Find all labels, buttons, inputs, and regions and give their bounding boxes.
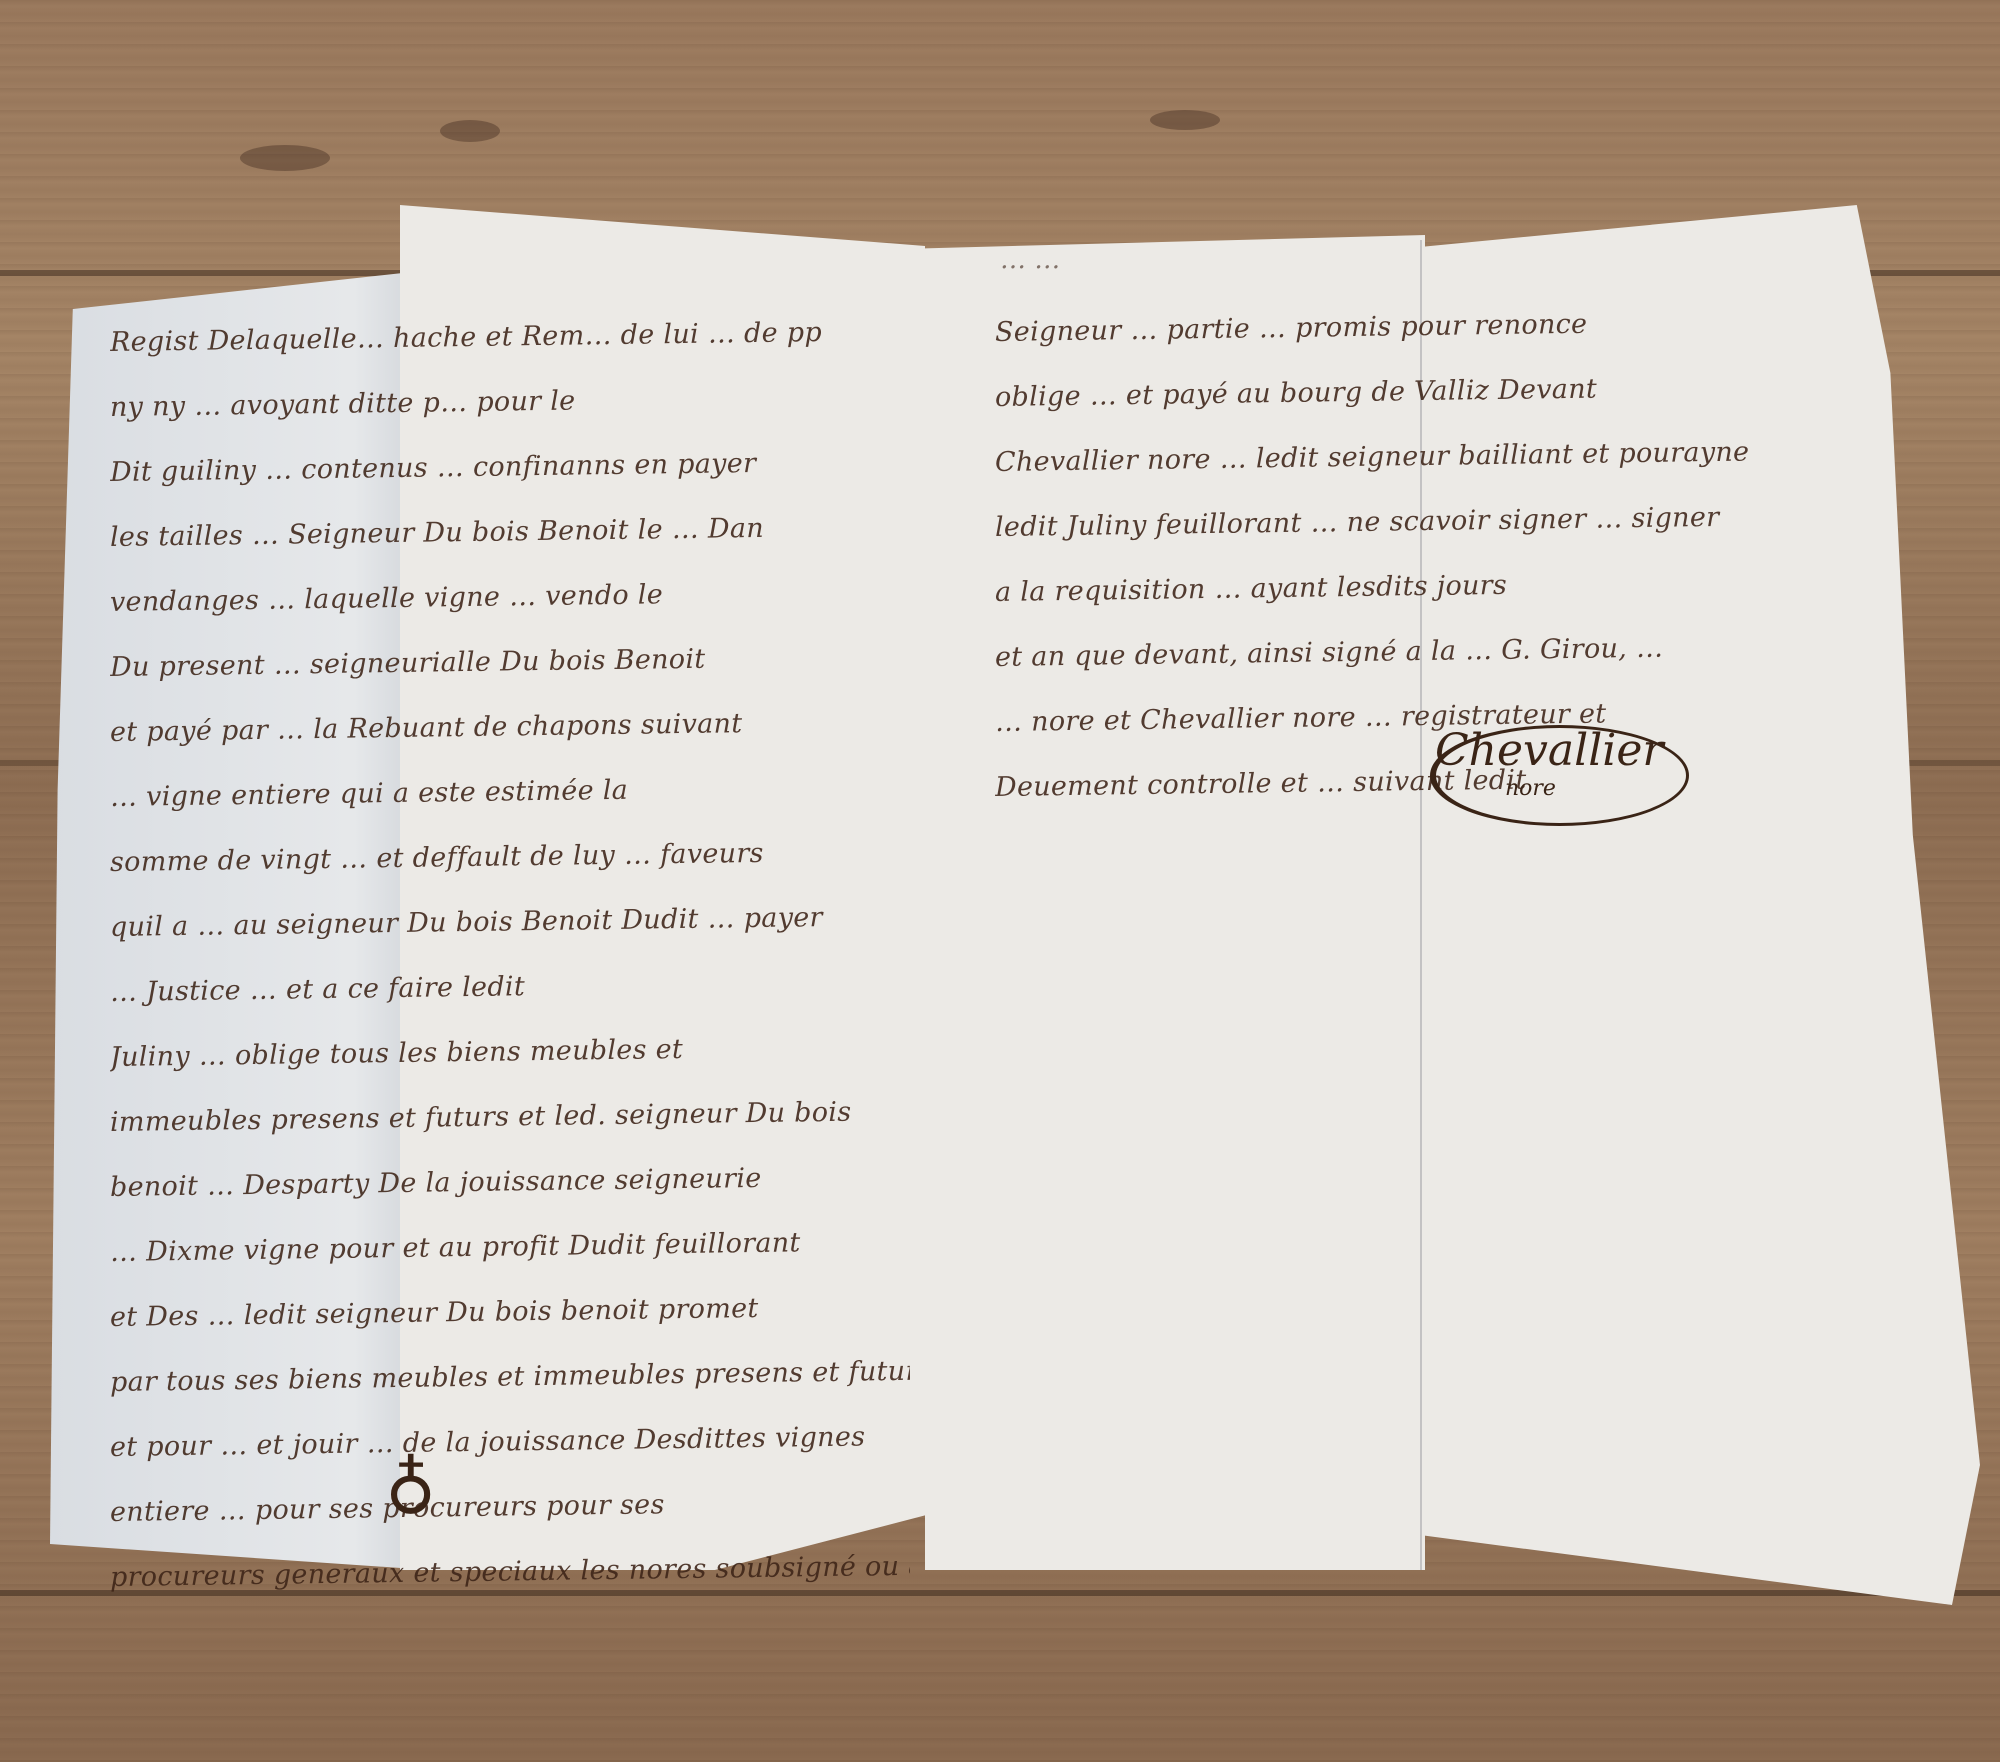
wood-knot [240, 145, 330, 171]
manuscript-line: Chevallier nore … ledit seigneur baillia… [995, 418, 1886, 495]
manuscript-line: oblige … et payé au bourg de Valliz Deva… [995, 353, 1886, 430]
manuscript-line: les tailles … Seigneur Du bois Benoit le… [110, 494, 911, 570]
wood-knot [1150, 110, 1220, 130]
manuscript-line: par tous ses biens meubles et immeubles … [110, 1339, 911, 1415]
signature-flourish-icon [1430, 725, 1689, 826]
manuscript-line: … Dixme vigne pour et au profit Dudit fe… [110, 1209, 911, 1285]
right-page-top-marks: … … [1000, 245, 1060, 275]
manuscript-line: … vigne entiere qui a este estimée la [110, 754, 911, 830]
manuscript-line: Regist Delaquelle… hache et Rem… de lui … [110, 299, 911, 375]
manuscript-line: Seigneur … partie … promis pour renonce [995, 288, 1886, 365]
manuscript-line: et Des … ledit seigneur Du bois benoit p… [110, 1274, 911, 1350]
manuscript-line: ny ny … avoyant ditte p… pour le [110, 364, 911, 440]
manuscript-line: et payé par … la Rebuant de chapons suiv… [110, 689, 911, 765]
manuscript-line: Du present … seigneurialle Du bois Benoi… [110, 624, 911, 700]
margin-paraphe-mark: ♁ [385, 1440, 436, 1522]
manuscript-line: et pour … et jouir … de la jouissance De… [110, 1404, 911, 1480]
manuscript-line: … Justice … et a ce faire ledit [110, 949, 911, 1025]
manuscript-line: procureurs generaux et speciaux les nore… [110, 1534, 911, 1610]
manuscript-line: a la requisition … ayant lesdits jours [995, 548, 1886, 625]
left-page-text: Regist Delaquelle… hache et Rem… de lui … [110, 310, 910, 1610]
manuscript-line: immeubles presens et futurs et led. seig… [110, 1079, 911, 1155]
manuscript-line: benoit … Desparty De la jouissance seign… [110, 1144, 911, 1220]
manuscript-line: vendanges … laquelle vigne … vendo le [110, 559, 911, 635]
manuscript-line: somme de vingt … et deffault de luy … fa… [110, 819, 911, 895]
manuscript-line: ledit Juliny feuillorant … ne scavoir si… [995, 483, 1886, 560]
wood-knot [440, 120, 500, 142]
manuscript-line: quil a … au seigneur Du bois Benoit Dudi… [110, 884, 911, 960]
manuscript-line: et an que devant, ainsi signé a la … G. … [995, 613, 1886, 690]
manuscript-line: entiere … pour ses procureurs pour ses [110, 1469, 911, 1545]
manuscript-line: Dit guiliny … contenus … confinanns en p… [110, 429, 911, 505]
manuscript-line: Juliny … oblige tous les biens meubles e… [110, 1014, 911, 1090]
